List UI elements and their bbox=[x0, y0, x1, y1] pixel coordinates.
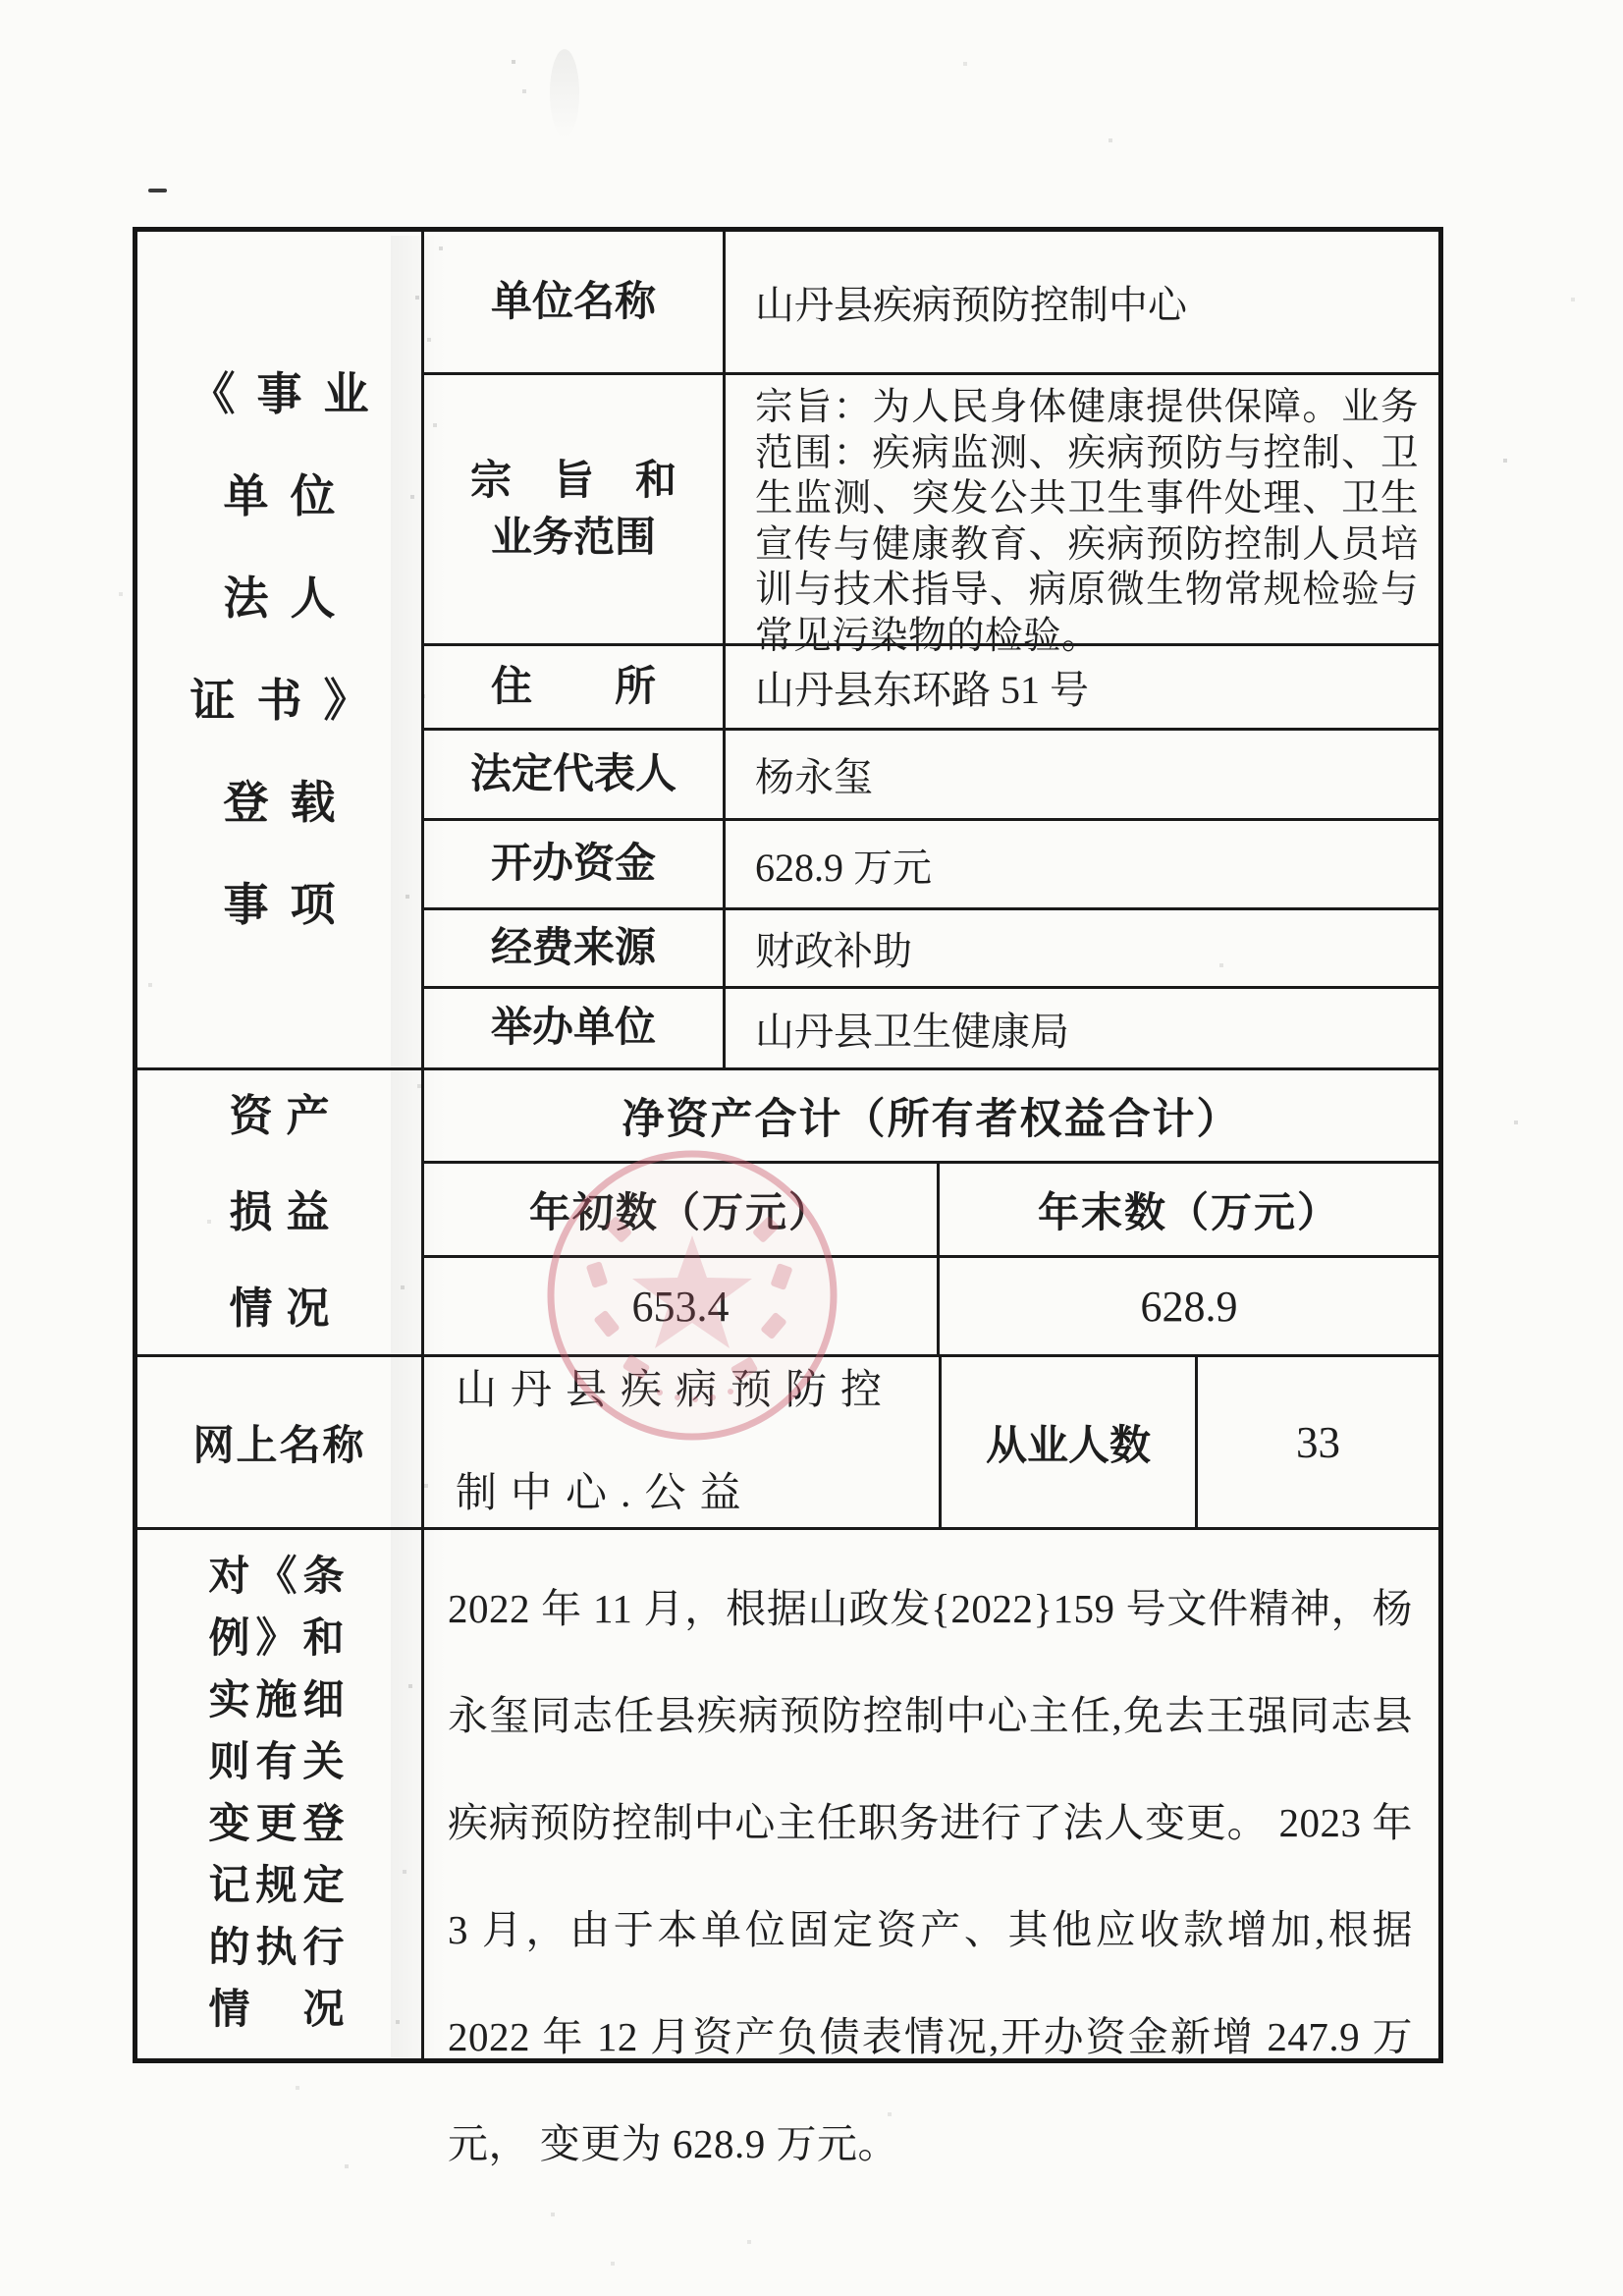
changes-section: 对《条 例》和 实施细 则有关 变更登 记规定 的执行 情 况 2022 年 1… bbox=[137, 1530, 1438, 2058]
year-start-header: 年初数（万元） bbox=[424, 1164, 940, 1255]
asset-subtable: 净资产合计（所有者权益合计） 年初数（万元） 年末数（万元） 653.4 628… bbox=[424, 1070, 1438, 1354]
report-table: 《事业 单位 法人 证书》 登载 事项 单位名称 山丹县疾病预防控制中心 宗 旨… bbox=[133, 227, 1443, 2063]
header-line: 则有关 bbox=[208, 1732, 350, 1794]
funding-source-value: 财政补助 bbox=[726, 910, 1438, 986]
scan-smudge-spot bbox=[550, 49, 579, 137]
organizer-label: 举办单位 bbox=[424, 989, 726, 1067]
asset-column-headers: 年初数（万元） 年末数（万元） bbox=[424, 1164, 1438, 1258]
certificate-items-section: 《事业 单位 法人 证书》 登载 事项 单位名称 山丹县疾病预防控制中心 宗 旨… bbox=[137, 232, 1438, 1070]
legal-representative-label: 法定代表人 bbox=[424, 731, 726, 818]
header-line: 情 况 bbox=[208, 1980, 350, 2042]
online-name-section: 网上名称 山丹县疾病预防控制中心.公益 从业人数 33 bbox=[137, 1357, 1438, 1530]
header-line: 证书》 bbox=[169, 650, 391, 752]
header-line: 例》和 bbox=[208, 1609, 350, 1670]
header-line: 损益 bbox=[216, 1165, 344, 1261]
table-row-purpose-scope: 宗 旨 和 业务范围 宗旨：为人民身体健康提供保障。业务范围：疾病监测、疾病预防… bbox=[424, 375, 1438, 646]
certificate-section-header: 《事业 单位 法人 证书》 登载 事项 bbox=[137, 232, 424, 1067]
table-row-legal-representative: 法定代表人 杨永玺 bbox=[424, 731, 1438, 821]
changes-section-header: 对《条 例》和 实施细 则有关 变更登 记规定 的执行 情 况 bbox=[137, 1530, 424, 2058]
legal-representative-value: 杨永玺 bbox=[726, 731, 1438, 818]
header-line: 记规定 bbox=[208, 1856, 350, 1918]
address-label: 住 所 bbox=[424, 646, 726, 728]
table-row-address: 住 所 山丹县东环路 51 号 bbox=[424, 646, 1438, 731]
opening-funds-value: 628.9 万元 bbox=[726, 821, 1438, 907]
table-row-funding-source: 经费来源 财政补助 bbox=[424, 910, 1438, 989]
asset-profit-loss-section: 资产 损益 情况 净资产合计（所有者权益合计） 年初数（万元） 年末数（万元） … bbox=[137, 1070, 1438, 1357]
header-line: 的执行 bbox=[208, 1918, 350, 1980]
header-line: 《事业 bbox=[169, 344, 391, 446]
organizer-value: 山丹县卫生健康局 bbox=[726, 989, 1438, 1067]
asset-section-header: 资产 损益 情况 bbox=[137, 1070, 424, 1354]
unit-name-label: 单位名称 bbox=[424, 232, 726, 372]
header-line: 对《条 bbox=[208, 1547, 350, 1609]
funding-source-label: 经费来源 bbox=[424, 910, 726, 986]
header-line: 变更登 bbox=[208, 1794, 350, 1856]
online-name-value: 山丹县疾病预防控制中心.公益 bbox=[424, 1357, 942, 1527]
year-end-header: 年末数（万元） bbox=[940, 1164, 1438, 1255]
table-row-organizer: 举办单位 山丹县卫生健康局 bbox=[424, 989, 1438, 1067]
online-name-label: 网上名称 bbox=[137, 1357, 424, 1527]
scan-dash-artifact bbox=[148, 189, 167, 192]
header-line: 事项 bbox=[202, 854, 357, 957]
table-row-opening-funds: 开办资金 628.9 万元 bbox=[424, 821, 1438, 910]
purpose-scope-label: 宗 旨 和 业务范围 bbox=[424, 375, 726, 643]
changes-paragraph: 2022 年 11 月，根据山政发{2022}159 号文件精神，杨永玺同志任县… bbox=[424, 1530, 1438, 2058]
header-line: 资产 bbox=[216, 1068, 344, 1165]
header-line: 单位 bbox=[202, 446, 357, 548]
scan-noise-specks bbox=[0, 0, 2, 2]
opening-funds-label: 开办资金 bbox=[424, 821, 726, 907]
header-line: 情况 bbox=[216, 1261, 344, 1357]
employees-value: 33 bbox=[1198, 1357, 1438, 1527]
address-value: 山丹县东环路 51 号 bbox=[726, 646, 1438, 728]
purpose-scope-value: 宗旨：为人民身体健康提供保障。业务范围：疾病监测、疾病预防与控制、卫生监测、突发… bbox=[726, 375, 1438, 643]
employees-label: 从业人数 bbox=[942, 1357, 1198, 1527]
year-end-value: 628.9 bbox=[940, 1258, 1438, 1354]
header-line: 登载 bbox=[202, 752, 357, 854]
header-line: 实施细 bbox=[208, 1670, 350, 1732]
header-line: 法人 bbox=[202, 548, 357, 650]
unit-name-value: 山丹县疾病预防控制中心 bbox=[726, 232, 1438, 372]
certificate-rows: 单位名称 山丹县疾病预防控制中心 宗 旨 和 业务范围 宗旨：为人民身体健康提供… bbox=[424, 232, 1438, 1067]
net-assets-span-header: 净资产合计（所有者权益合计） bbox=[424, 1070, 1438, 1164]
table-row-unit-name: 单位名称 山丹县疾病预防控制中心 bbox=[424, 232, 1438, 375]
